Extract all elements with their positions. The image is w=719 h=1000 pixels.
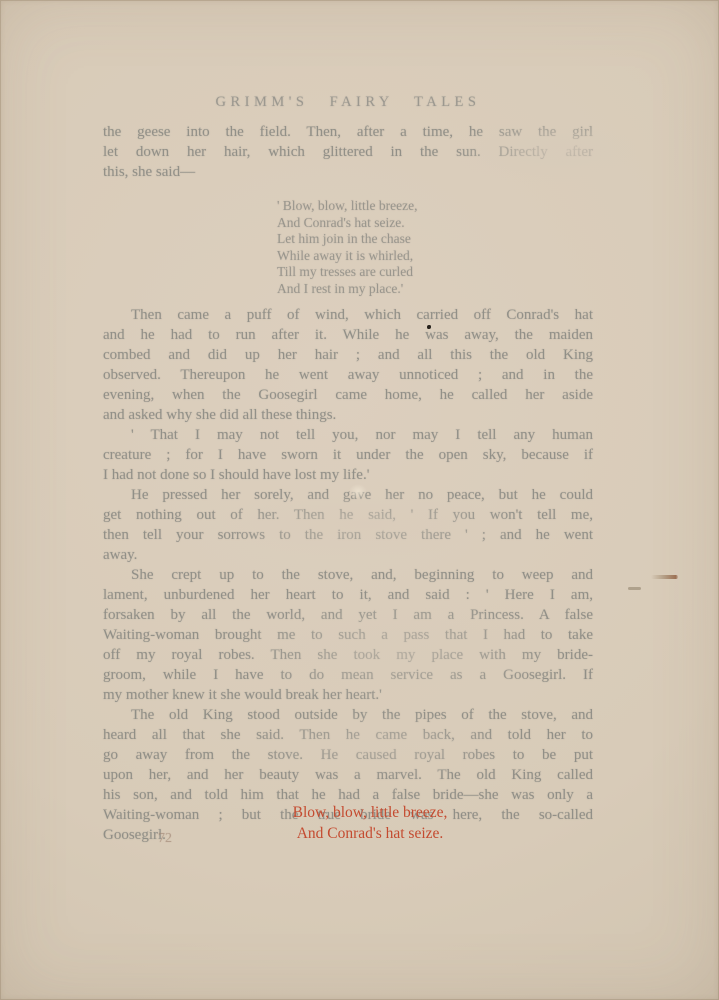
text-line: forsaken by all the world, and yet I am … (103, 605, 593, 625)
text-line: lament, unburdened her heart to it, and … (103, 585, 593, 605)
text-line: creature ; for I have sworn it under the… (103, 445, 593, 465)
text-line: and he had to run after it. While he was… (103, 325, 593, 345)
text-line: ' That I may not tell you, nor may I tel… (103, 425, 593, 445)
text-column: the geese into the field. Then, after a … (103, 122, 593, 845)
verse-line: And Conrad's hat seize. (277, 215, 593, 232)
text-line: The old King stood outside by the pipes … (103, 705, 593, 725)
text-line: go away from the stove. He caused royal … (103, 745, 593, 765)
text-line: the geese into the field. Then, after a … (103, 122, 593, 142)
text-line: heard all that she said. Then he came ba… (103, 725, 593, 745)
text-line: She crept up to the stove, and, beginnin… (103, 565, 593, 585)
paper-flaw-light-spot (349, 484, 367, 499)
paragraph-3: ' That I may not tell you, nor may I tel… (103, 425, 593, 485)
red-overlay-line: Blow, blow, little breeze, (246, 803, 494, 824)
text-line: Waiting-woman brought me to such a pass … (103, 625, 593, 645)
paragraph-5: She crept up to the stove, and, beginnin… (103, 565, 593, 705)
text-line: his son, and told him that he had a fals… (103, 785, 593, 805)
ink-speck-dot (427, 325, 431, 329)
text-line: get nothing out of her. Then he said, ' … (103, 505, 593, 525)
page-number: 72 (150, 831, 180, 847)
book-page-scan: GRIMM'S FAIRY TALES the geese into the f… (0, 0, 719, 1000)
text-line: and asked why she did all these things. (103, 405, 593, 425)
verse-line: ' Blow, blow, little breeze, (277, 198, 593, 215)
text-line: I had not done so I should have lost my … (103, 465, 593, 485)
verse-line: Let him join in the chase (277, 231, 593, 248)
text-line: my mother knew it she would break her he… (103, 685, 593, 705)
verse-line: While away it is whirled, (277, 248, 593, 265)
text-line: off my royal robes. Then she took my pla… (103, 645, 593, 665)
margin-smudge (628, 587, 641, 590)
verse-line: Till my tresses are curled (277, 264, 593, 281)
running-header: GRIMM'S FAIRY TALES (103, 94, 593, 111)
text-line: let down her hair, which glittered in th… (103, 142, 593, 162)
text-line: He pressed her sorely, and gave her no p… (103, 485, 593, 505)
paragraph-4: He pressed her sorely, and gave her no p… (103, 485, 593, 565)
text-line: combed and did up her hair ; and all thi… (103, 345, 593, 365)
paragraph-1: the geese into the field. Then, after a … (103, 122, 593, 182)
text-line: upon her, and her beauty was a marvel. T… (103, 765, 593, 785)
text-line: away. (103, 545, 593, 565)
text-line: then tell your sorrows to the iron stove… (103, 525, 593, 545)
text-line: this, she said— (103, 162, 593, 182)
margin-smudge (651, 575, 678, 579)
text-line: evening, when the Goosegirl came home, h… (103, 385, 593, 405)
verse-block: ' Blow, blow, little breeze, And Conrad'… (277, 198, 593, 297)
text-line: observed. Thereupon he went away unnotic… (103, 365, 593, 385)
red-overlay-line: And Conrad's hat seize. (246, 824, 494, 845)
red-overlay-text: Blow, blow, little breeze, And Conrad's … (246, 803, 494, 844)
paragraph-2: Then came a puff of wind, which carried … (103, 305, 593, 425)
text-line: Then came a puff of wind, which carried … (103, 305, 593, 325)
verse-line: And I rest in my place.' (277, 281, 593, 298)
text-line: groom, while I have to do mean service a… (103, 665, 593, 685)
